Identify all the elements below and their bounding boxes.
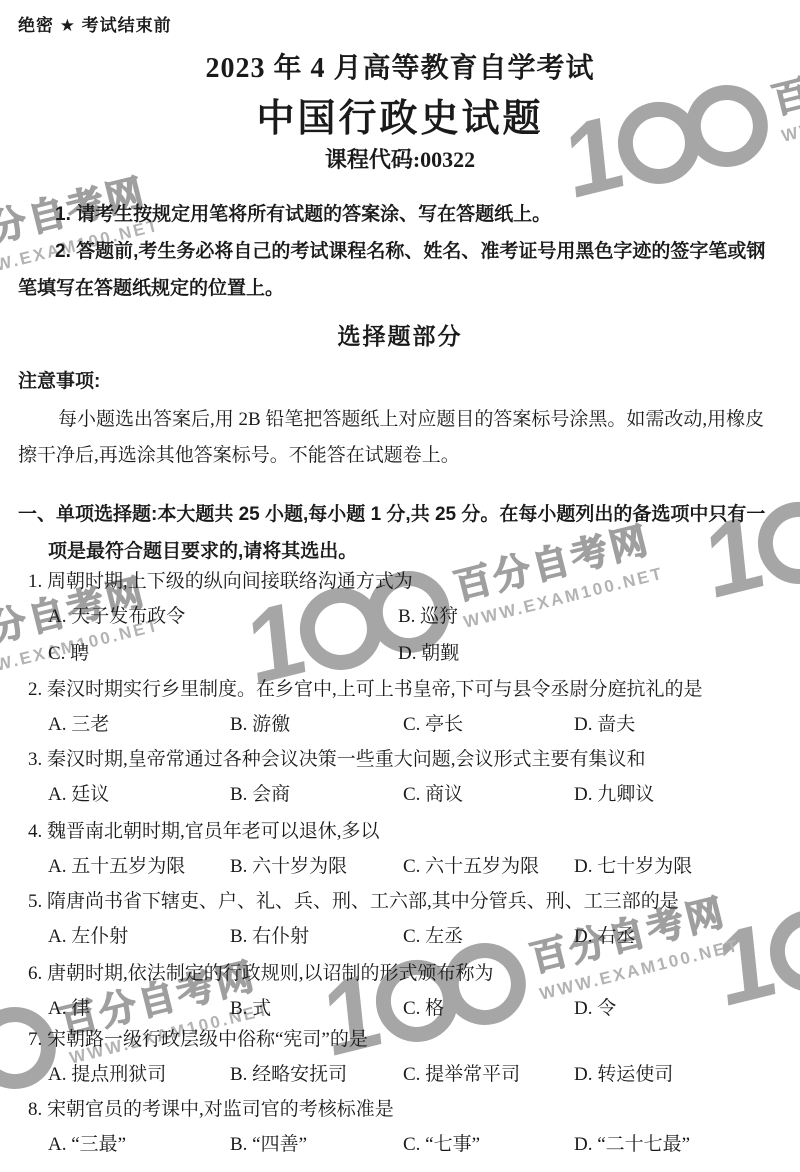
options-row: A. “三最” B. “四善” C. “七事” D. “二十七最” <box>48 1133 800 1157</box>
option-b: B. 右仆射 <box>230 925 403 949</box>
option-b: B. “四善” <box>230 1133 403 1157</box>
instruction-item: 1. 请考生按规定用笔将所有试题的答案涂、写在答题纸上。 <box>18 196 782 233</box>
options-row: A. 廷议 B. 会商 C. 商议 D. 九卿议 <box>48 783 800 807</box>
option-a: A. 廷议 <box>48 783 230 807</box>
option-c: C. 商议 <box>403 783 574 807</box>
option-a: A. 天子发布政令 <box>48 605 398 629</box>
classification-label: 绝密 ★ 考试结束前 <box>18 11 172 36</box>
options-row: A. 左仆射 B. 右仆射 C. 左丞 D. 右丞 <box>48 925 800 949</box>
question-stem: 7. 宋朝路一级行政层级中俗称“宪司”的是 <box>0 1028 800 1052</box>
question-8: 8. 宋朝官员的考课中,对监司官的考核标准是 A. “三最” B. “四善” C… <box>0 1098 800 1157</box>
question-stem: 2. 秦汉时期实行乡里制度。在乡官中,上可上书皇帝,下可与县令丞尉分庭抗礼的是 <box>0 678 800 702</box>
option-b: B. 游徼 <box>230 713 403 737</box>
exam-paper-page: 1 百分自考网WWW.EXAM100.NET 1 百分自考网WWW.EXAM10… <box>0 0 800 1172</box>
question-stem: 5. 隋唐尚书省下辖吏、户、礼、兵、刑、工六部,其中分管兵、刑、工三部的是 <box>0 890 800 914</box>
option-b: B. 式 <box>230 997 403 1021</box>
instruction-item: 2. 答题前,考生务必将自己的考试课程名称、姓名、准考证号用黑色字迹的签字笔或钢… <box>18 233 782 307</box>
option-d: D. 右丞 <box>574 925 800 949</box>
option-d: D. 啬夫 <box>574 713 800 737</box>
part-title: 选择题部分 <box>0 318 800 351</box>
general-instructions: 1. 请考生按规定用笔将所有试题的答案涂、写在答题纸上。 2. 答题前,考生务必… <box>18 196 782 307</box>
question-5: 5. 隋唐尚书省下辖吏、户、礼、兵、刑、工六部,其中分管兵、刑、工三部的是 A.… <box>0 890 800 949</box>
question-stem: 8. 宋朝官员的考课中,对监司官的考核标准是 <box>0 1098 800 1122</box>
question-stem: 6. 唐朝时期,依法制定的行政规则,以诏制的形式颁布称为 <box>0 962 800 986</box>
question-3: 3. 秦汉时期,皇帝常通过各种会议决策一些重大问题,会议形式主要有集议和 A. … <box>0 748 800 807</box>
option-b: B. 会商 <box>230 783 403 807</box>
question-2: 2. 秦汉时期实行乡里制度。在乡官中,上可上书皇帝,下可与县令丞尉分庭抗礼的是 … <box>0 678 800 737</box>
question-1: 1. 周朝时期,上下级的纵向间接联络沟通方式为 A. 天子发布政令 B. 巡狩 … <box>0 570 800 666</box>
question-4: 4. 魏晋南北朝时期,官员年老可以退休,多以 A. 五十五岁为限 B. 六十岁为… <box>0 820 800 879</box>
option-c: C. 六十五岁为限 <box>403 855 574 879</box>
option-d: D. 令 <box>574 997 800 1021</box>
page-title: 中国行政史试题 <box>0 87 800 142</box>
option-a: A. 左仆射 <box>48 925 230 949</box>
options-row: A. 律 B. 式 C. 格 D. 令 <box>48 997 800 1021</box>
option-d: D. “二十七最” <box>574 1133 800 1157</box>
options-row: A. 提点刑狱司 B. 经略安抚司 C. 提举常平司 D. 转运使司 <box>48 1063 800 1087</box>
options-row: A. 五十五岁为限 B. 六十岁为限 C. 六十五岁为限 D. 七十岁为限 <box>48 855 800 879</box>
option-c: C. 提举常平司 <box>403 1063 574 1087</box>
question-stem: 4. 魏晋南北朝时期,官员年老可以退休,多以 <box>0 820 800 844</box>
exam-session-title: 2023 年 4 月高等教育自学考试 <box>0 46 800 86</box>
option-b: B. 六十岁为限 <box>230 855 403 879</box>
notice-body: 每小题选出答案后,用 2B 铅笔把答题纸上对应题目的答案标号涂黑。如需改动,用橡… <box>18 402 782 474</box>
option-c: C. 亭长 <box>403 713 574 737</box>
options-row: A. 三老 B. 游徼 C. 亭长 D. 啬夫 <box>48 713 800 737</box>
question-7: 7. 宋朝路一级行政层级中俗称“宪司”的是 A. 提点刑狱司 B. 经略安抚司 … <box>0 1028 800 1087</box>
question-6: 6. 唐朝时期,依法制定的行政规则,以诏制的形式颁布称为 A. 律 B. 式 C… <box>0 962 800 1021</box>
course-code: 课程代码:00322 <box>0 143 800 174</box>
option-c: C. 左丞 <box>403 925 574 949</box>
option-b: B. 经略安抚司 <box>230 1063 403 1087</box>
option-a: A. “三最” <box>48 1133 230 1157</box>
option-d: D. 七十岁为限 <box>574 855 800 879</box>
option-d: D. 朝觐 <box>398 642 800 666</box>
options-row: A. 天子发布政令 B. 巡狩 C. 聘 D. 朝觐 <box>48 605 800 666</box>
question-stem: 3. 秦汉时期,皇帝常通过各种会议决策一些重大问题,会议形式主要有集议和 <box>0 748 800 772</box>
notice-heading: 注意事项: <box>18 366 100 393</box>
option-a: A. 五十五岁为限 <box>48 855 230 879</box>
single-choice-heading: 一、单项选择题:本大题共 25 小题,每小题 1 分,共 25 分。在每小题列出… <box>18 496 784 570</box>
option-a: A. 提点刑狱司 <box>48 1063 230 1087</box>
option-a: A. 律 <box>48 997 230 1021</box>
question-stem: 1. 周朝时期,上下级的纵向间接联络沟通方式为 <box>0 570 800 594</box>
option-b: B. 巡狩 <box>398 605 800 629</box>
option-c: C. 格 <box>403 997 574 1021</box>
option-a: A. 三老 <box>48 713 230 737</box>
option-d: D. 九卿议 <box>574 783 800 807</box>
option-c: C. “七事” <box>403 1133 574 1157</box>
option-d: D. 转运使司 <box>574 1063 800 1087</box>
option-c: C. 聘 <box>48 642 398 666</box>
